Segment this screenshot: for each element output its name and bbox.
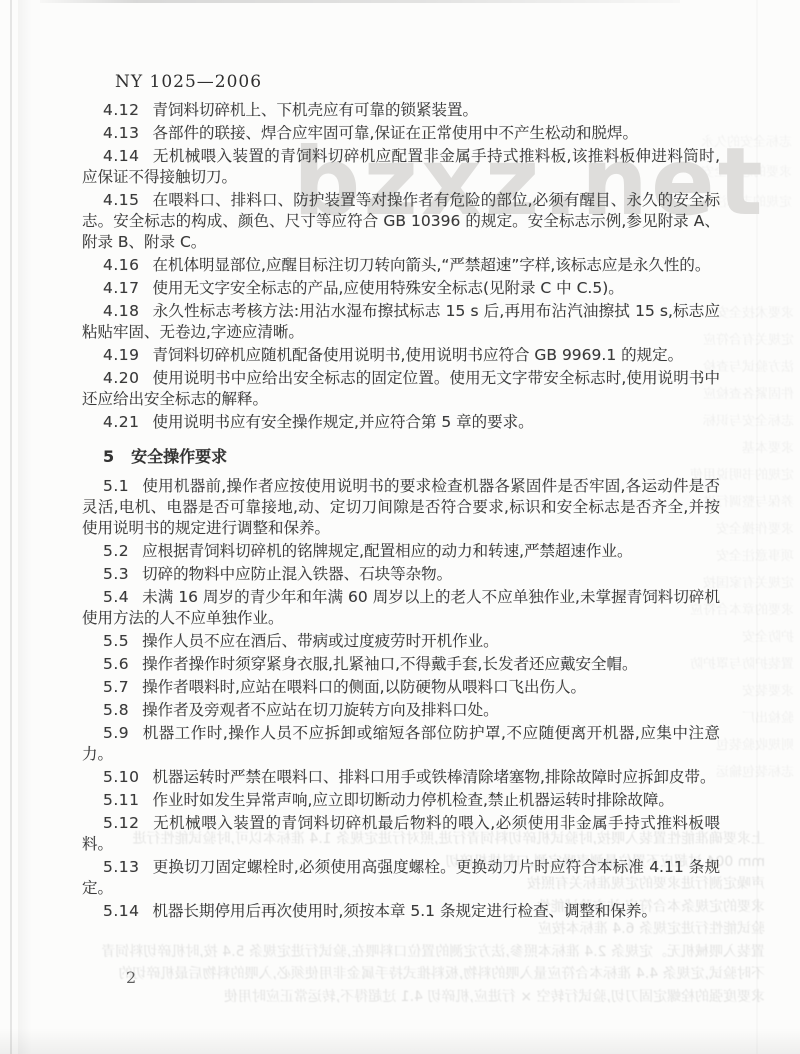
clause-text: 机器工作时,操作人员不应拆卸或缩短各部位防护罩,不应随便离开机器,应集中注意力。 — [82, 724, 720, 763]
ghost-line: 置装入喂械机无。定规条 2.4 准标本照参,法方定测的置位口料喂在,验试行进定规… — [95, 941, 765, 964]
clause: 4.17使用无文字安全标志的产品,应使用特殊安全标志(见附录 C 中 C.5)。 — [82, 278, 720, 299]
clause-text: 无机械喂入装置的青饲料切碎机应配置非金属手持式推料板,该推料板伸进料筒时,应保证… — [82, 147, 720, 186]
clause-number: 4.13 — [103, 124, 140, 142]
clause-number: 5.2 — [103, 542, 129, 560]
clause-text: 操作者操作时须穿紧身衣服,扎紧袖口,不得戴手套,长发者还应戴安全帽。 — [142, 655, 637, 673]
clause: 5.4未满 16 周岁的青少年和年满 60 周岁以上的老人不应单独作业,未掌握青… — [82, 587, 720, 629]
clause: 5.6操作者操作时须穿紧身衣服,扎紧袖口,不得戴手套,长发者还应戴安全帽。 — [82, 654, 720, 675]
clause-text: 使用说明书中应给出安全标志的固定位置。使用无文字带安全标志时,使用说明书中还应给… — [82, 369, 720, 408]
clause-number: 5.12 — [103, 814, 140, 832]
clause-text: 机器运转时严禁在喂料口、排料口用手或铁棒清除堵塞物,排除故障时应拆卸皮带。 — [153, 768, 716, 786]
clause-number: 4.17 — [103, 279, 140, 297]
clause-number: 5.13 — [103, 858, 140, 876]
clause-text: 作业时如发生异常声响,应立即切断动力停机检查,禁止机器运转时排除故障。 — [153, 791, 674, 809]
clause: 5.1使用机器前,操作者应按使用说明书的要求检查机器各紧固件是否牢固,各运动件是… — [82, 476, 720, 539]
page-number: 2 — [126, 968, 136, 987]
clause-text: 无机械喂入装置的青饲料切碎机最后物料的喂入,必须使用非金属手持式推料板喂料。 — [82, 814, 720, 853]
clause-text: 青饲料切碎机应随机配备使用说明书,使用说明书应符合 GB 9969.1 的规定。 — [153, 346, 684, 364]
clause-number: 4.19 — [103, 346, 140, 364]
clause-text: 机器长期停用后再次使用时,须按本章 5.1 条规定进行检查、调整和保养。 — [153, 902, 657, 920]
clause-number: 4.16 — [103, 256, 140, 274]
clause-text: 切碎的物料中应防止混入铁器、石块等杂物。 — [142, 565, 452, 583]
clause-number: 5.4 — [103, 588, 129, 606]
clause: 5.13更换切刀固定螺栓时,必须使用高强度螺栓。更换动刀片时应符合本标准 4.1… — [82, 857, 720, 899]
clause-text: 永久性标志考核方法:用沾水湿布擦拭标志 15 s 后,再用布沾汽油擦拭 15 s… — [82, 302, 720, 341]
clause: 4.20使用说明书中应给出安全标志的固定位置。使用无文字带安全标志时,使用说明书… — [82, 368, 720, 410]
clause-number: 5.7 — [103, 678, 129, 696]
clause-text: 操作者及旁观者不应站在切刀旋转方向及排料口处。 — [142, 701, 499, 719]
clause: 4.14无机械喂入装置的青饲料切碎机应配置非金属手持式推料板,该推料板伸进料筒时… — [82, 146, 720, 188]
clause-number: 5.6 — [103, 655, 129, 673]
section-5-heading: 5安全操作要求 — [82, 446, 720, 467]
clause-text: 操作者喂料时,应站在喂料口的侧面,以防硬物从喂料口飞出伤人。 — [142, 678, 586, 696]
clause: 5.14机器长期停用后再次使用时,须按本章 5.1 条规定进行检查、调整和保养。 — [82, 901, 720, 922]
clause-number: 5.9 — [103, 724, 129, 742]
document-body: 4.12青饲料切碎机上、下机壳应有可靠的锁紧装置。4.13各部件的联接、焊合应牢… — [82, 100, 720, 924]
clause: 5.2应根据青饲料切碎机的铭牌规定,配置相应的动力和转速,严禁超速作业。 — [82, 541, 720, 562]
clause: 4.15在喂料口、排料口、防护装置等对操作者有危险的部位,必须有醒目、永久的安全… — [82, 190, 720, 253]
clause: 4.12青饲料切碎机上、下机壳应有可靠的锁紧装置。 — [82, 100, 720, 121]
ghost-line: 求要度强的栓螺定固刀切,验试行转空 × 行进应,机碎切 4.1 过超得不,转运常… — [95, 986, 765, 1009]
clause: 5.7操作者喂料时,应站在喂料口的侧面,以防硬物从喂料口飞出伤人。 — [82, 677, 720, 698]
clause-text: 操作人员不应在酒后、带病或过度疲劳时开机作业。 — [142, 632, 499, 650]
clause: 5.10机器运转时严禁在喂料口、排料口用手或铁棒清除堵塞物,排除故障时应拆卸皮带… — [82, 767, 720, 788]
clause: 5.5操作人员不应在酒后、带病或过度疲劳时开机作业。 — [82, 631, 720, 652]
clause: 4.19青饲料切碎机应随机配备使用说明书,使用说明书应符合 GB 9969.1 … — [82, 345, 720, 366]
document-page: 志标全安的久永求要的志标全安定规的志标注标 求要术技全安定规关有合符应法方验试与… — [0, 0, 800, 1054]
clause-number: 5.1 — [103, 477, 129, 495]
clause: 5.9机器工作时,操作人员不应拆卸或缩短各部位防护罩,不应随便离开机器,应集中注… — [82, 723, 720, 765]
section-number: 5 — [103, 447, 114, 466]
clause-number: 5.14 — [103, 902, 140, 920]
clause-text: 青饲料切碎机上、下机壳应有可靠的锁紧装置。 — [153, 101, 479, 119]
clause-text: 使用机器前,操作者应按使用说明书的要求检查机器各紧固件是否牢固,各运动件是否灵活… — [82, 477, 720, 537]
clause-text: 应根据青饲料切碎机的铭牌规定,配置相应的动力和转速,严禁超速作业。 — [142, 542, 632, 560]
clause-number: 4.18 — [103, 302, 140, 320]
clause-number: 5.8 — [103, 701, 129, 719]
clause-number: 5.11 — [103, 791, 140, 809]
clause: 4.16在机体明显部位,应醒目标注切刀转向箭头,“严禁超速”字样,该标志应是永久… — [82, 255, 720, 276]
clause-number: 4.15 — [103, 191, 140, 209]
clause: 5.3切碎的物料中应防止混入铁器、石块等杂物。 — [82, 564, 720, 585]
clause: 4.18永久性标志考核方法:用沾水湿布擦拭标志 15 s 后,再用布沾汽油擦拭 … — [82, 301, 720, 343]
clause-text: 在喂料口、排料口、防护装置等对操作者有危险的部位,必须有醒目、永久的安全标志。安… — [82, 191, 720, 251]
clause-number: 5.3 — [103, 565, 129, 583]
scan-edge-left-shade-artifact — [18, 0, 32, 1054]
clause: 5.11作业时如发生异常声响,应立即切断动力停机检查,禁止机器运转时排除故障。 — [82, 790, 720, 811]
clause-number: 4.14 — [103, 147, 140, 165]
scan-edge-top-artifact — [40, 0, 680, 3]
standard-number-header: NY 1025—2006 — [115, 72, 262, 92]
clause: 4.21使用说明书应有安全操作规定,并应符合第 5 章的要求。 — [82, 412, 720, 433]
clause: 4.13各部件的联接、焊合应牢固可靠,保证在正常使用中不产生松动和脱焊。 — [82, 123, 720, 144]
clause-text: 使用无文字安全标志的产品,应使用特殊安全标志(见附录 C 中 C.5)。 — [153, 279, 624, 297]
clause: 5.8操作者及旁观者不应站在切刀旋转方向及排料口处。 — [82, 700, 720, 721]
clause-number: 4.21 — [103, 413, 140, 431]
scan-edge-bottom-artifact — [0, 1028, 800, 1054]
clause-text: 各部件的联接、焊合应牢固可靠,保证在正常使用中不产生松动和脱焊。 — [153, 124, 638, 142]
section-title: 安全操作要求 — [131, 447, 227, 466]
clause: 5.12无机械喂入装置的青饲料切碎机最后物料的喂入,必须使用非金属手持式推料板喂… — [82, 813, 720, 855]
clause-text: 在机体明显部位,应醒目标注切刀转向箭头,“严禁超速”字样,该标志应是永久性的。 — [153, 256, 711, 274]
clause-text: 未满 16 周岁的青少年和年满 60 周岁以上的老人不应单独作业,未掌握青饲料切… — [82, 588, 720, 627]
clause-number: 5.5 — [103, 632, 129, 650]
clause-list-5: 5.1使用机器前,操作者应按使用说明书的要求检查机器各紧固件是否牢固,各运动件是… — [82, 476, 720, 922]
clause-number: 4.12 — [103, 101, 140, 119]
clause-number: 5.10 — [103, 768, 140, 786]
scan-edge-left-line-artifact — [10, 0, 12, 1054]
clause-text: 更换切刀固定螺栓时,必须使用高强度螺栓。更换动刀片时应符合本标准 4.11 条规… — [82, 858, 720, 897]
clause-list-4: 4.12青饲料切碎机上、下机壳应有可靠的锁紧装置。4.13各部件的联接、焊合应牢… — [82, 100, 720, 433]
clause-number: 4.20 — [103, 369, 140, 387]
clause-text: 使用说明书应有安全操作规定,并应符合第 5 章的要求。 — [153, 413, 534, 431]
ghost-line: 不时验试,定规条 4.4 准标本合符应量入喂的料物,板料推式持手属金非用使须必,… — [95, 963, 765, 986]
